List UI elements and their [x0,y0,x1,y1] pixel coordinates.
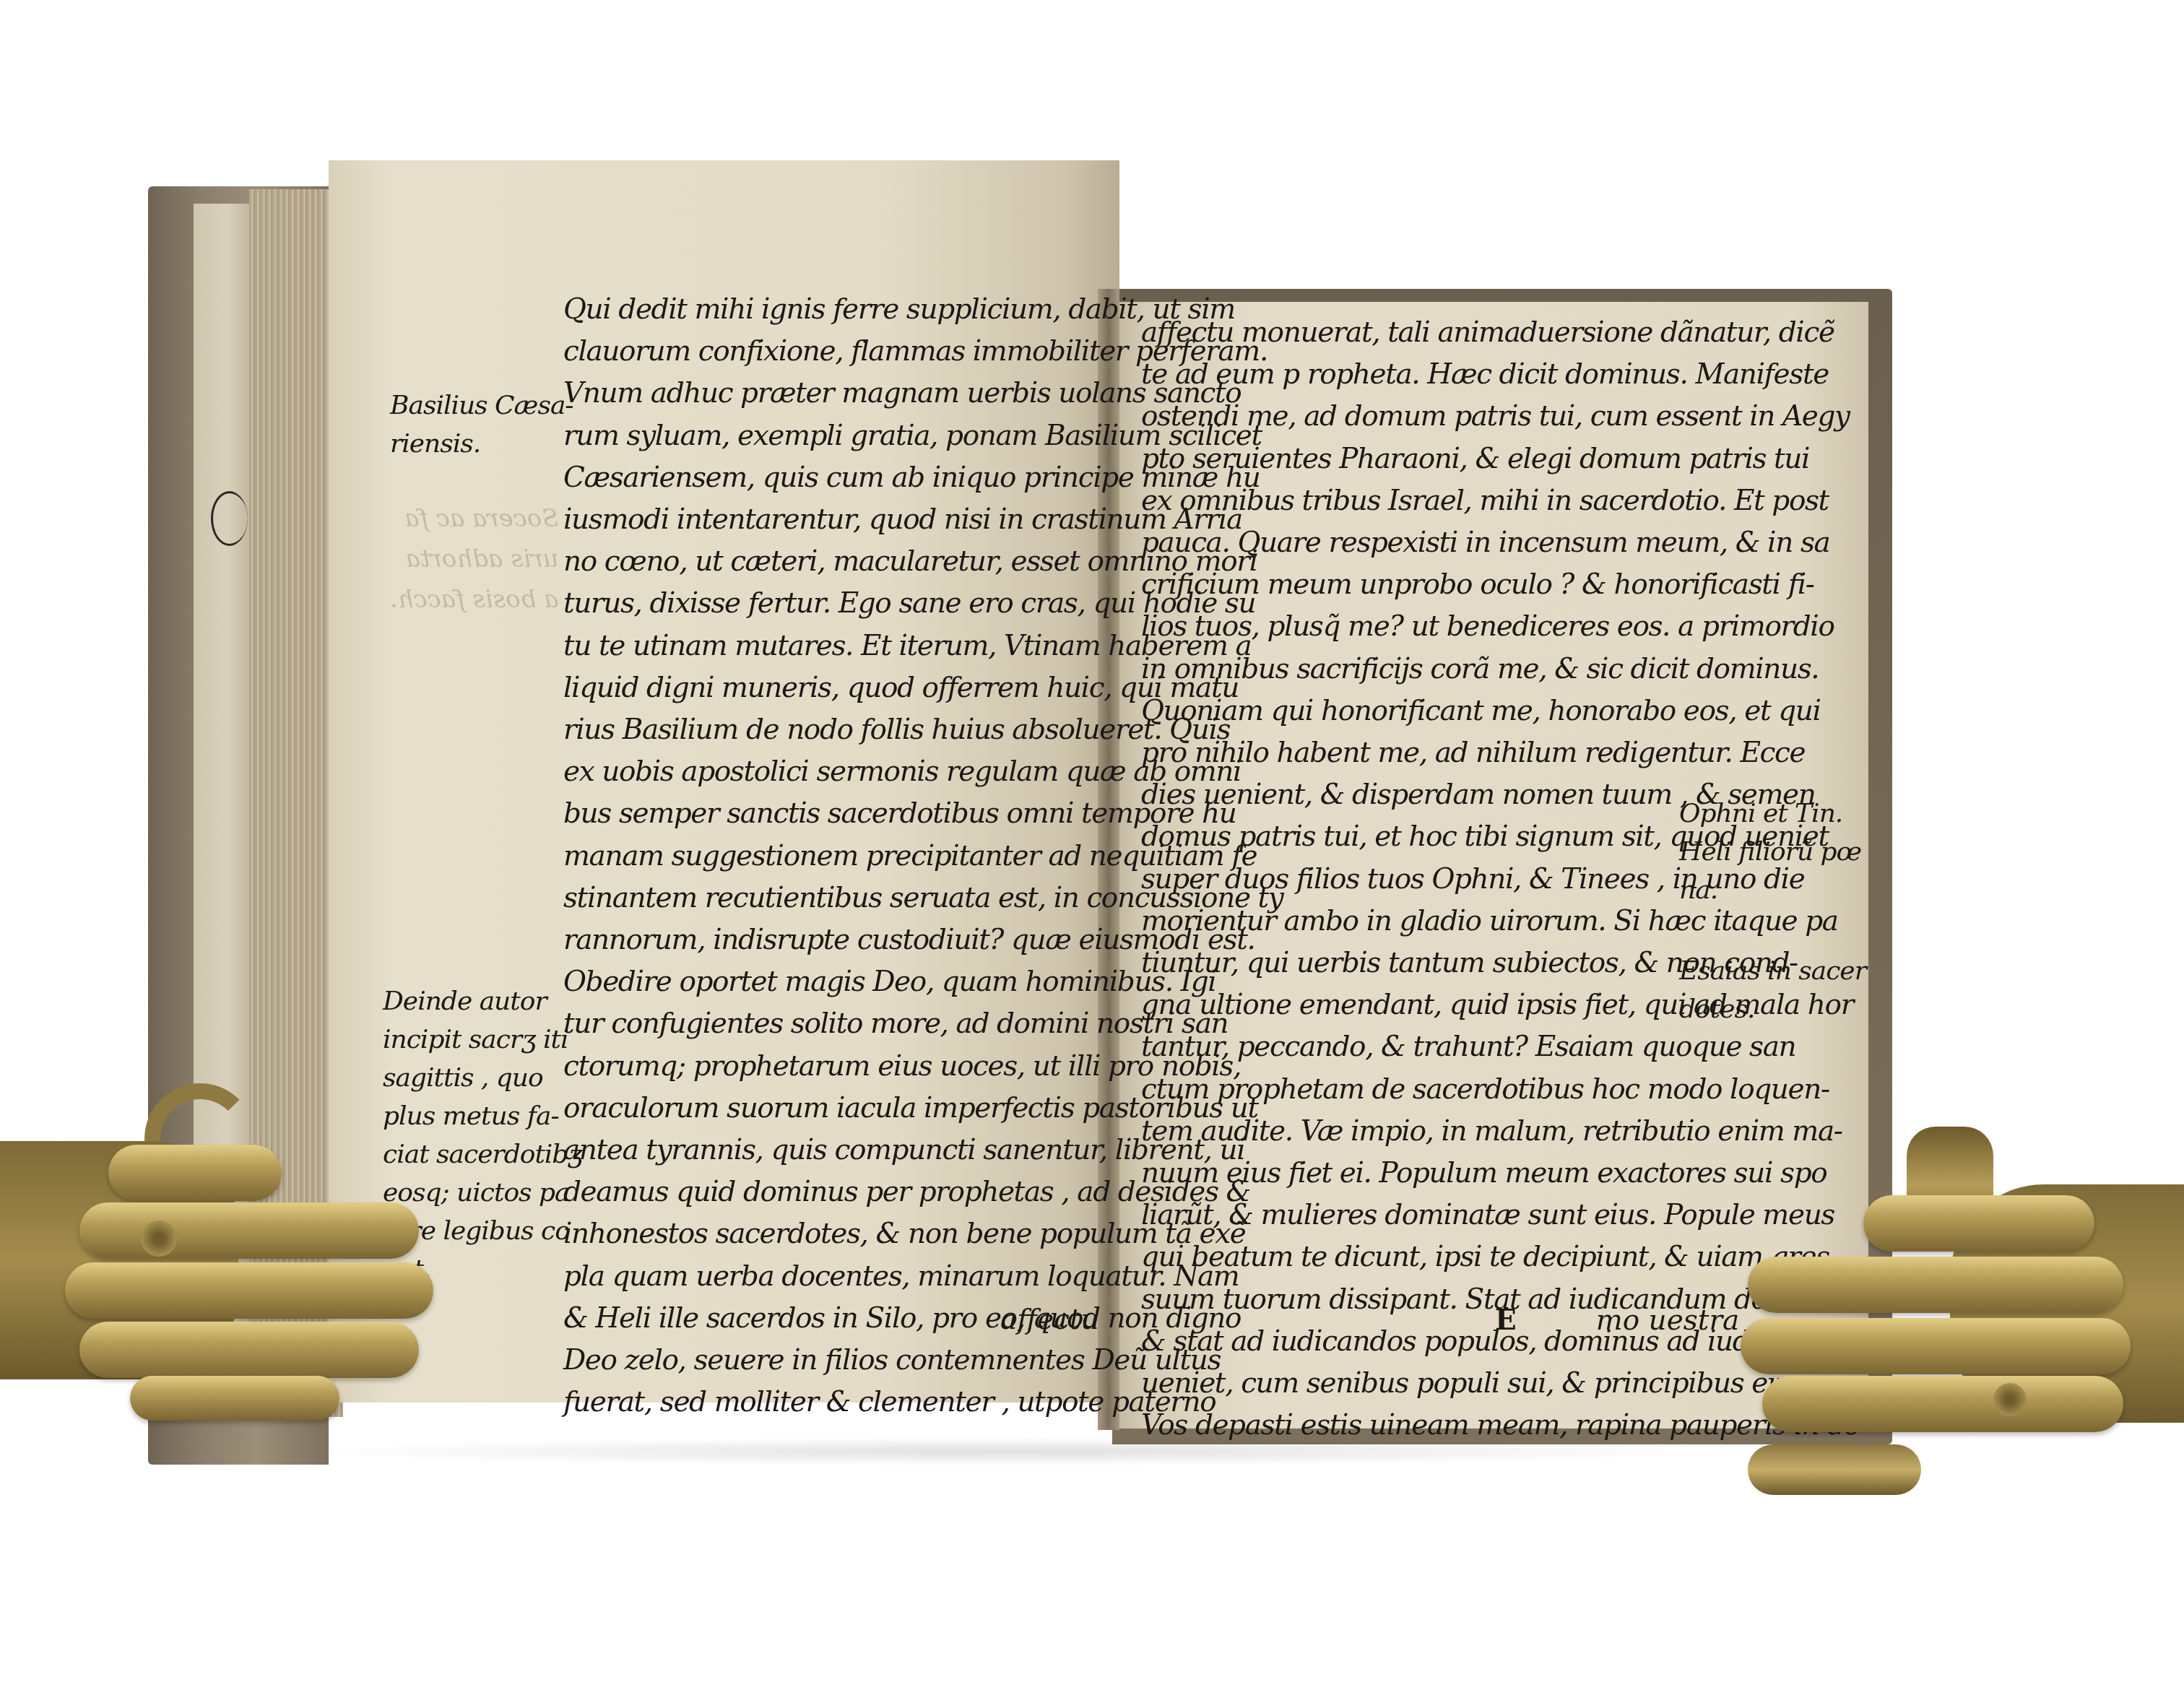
left-catchword: affectu [1000,1304,1099,1336]
photo-stage: Socera ac fa uris adhorta a bosis facch.… [0,0,2184,1695]
book-shadow [289,1437,1733,1466]
text-line: pro nihilo habent me, ad nihilum redigen… [1141,732,1860,774]
text-line: pto seruientes Pharaoni, & elegi domum p… [1141,438,1860,480]
margin-note-basilius: Basilius Cæsa- riensis. [390,386,573,463]
right-catchword: mo uestra [1596,1304,1740,1337]
brass-clasp-bottom [1748,1444,1921,1495]
text-line: tem audite. Væ impio, in malum, retribut… [1141,1111,1860,1153]
text-line: tantur, peccando, & trahunt? Esaiam quoq… [1141,1026,1860,1068]
brass-thumb-left [108,1145,282,1201]
brass-thumb-right [1863,1195,2094,1252]
text-line: lios tuos, plusq̃ me? ut benediceres eos… [1141,606,1860,648]
ring-icon [1993,1383,2027,1416]
signature-line: Emo uestra [1495,1304,1739,1337]
brass-finger-left [79,1322,419,1378]
brass-finger-left [79,1202,419,1259]
text-line: nuum eius fiet ei. Populum meum exactore… [1141,1153,1860,1195]
text-line: affectu monuerat, tali animaduersione dã… [1141,312,1860,354]
text-line: pauca. Quare respexisti in incensum meum… [1141,522,1860,564]
library-stamp-icon [211,491,248,546]
brass-finger-right [1748,1257,2123,1313]
text-line: liarũt, & mulieres dominatæ sunt eius. P… [1141,1195,1860,1236]
text-line: ostendi me, ad domum patris tui, cum ess… [1141,396,1860,438]
margin-note-esaias: Esaias in sacer dotes. [1679,952,1866,1028]
signature-mark: E [1495,1304,1517,1337]
text-line: Quoniam qui honorificant me, honorabo eo… [1141,690,1860,732]
show-through-text: Socera ac fa uris adhorta a bosis facch. [390,498,559,620]
text-line: ctum prophetam de sacerdotibus hoc modo … [1141,1069,1860,1111]
text-line: te ad eum p ropheta. Hæc dicit dominus. … [1141,354,1860,396]
brass-finger-right [1762,1376,2123,1432]
text-line: crificium meum unprobo oculo ? & honorif… [1141,564,1860,606]
text-line: in omnibus sacrificijs corã me, & sic di… [1141,649,1860,690]
margin-note-ophni: Ophni et Tin. Heli filiorũ pœ na. [1679,794,1861,909]
text-line: ex omnibus tribus Israel, mihi in sacerd… [1141,480,1860,522]
ring-icon [141,1221,177,1257]
brass-finger-right [1741,1318,2131,1374]
brass-finger-left [65,1262,433,1319]
brass-finger-left [130,1376,339,1421]
